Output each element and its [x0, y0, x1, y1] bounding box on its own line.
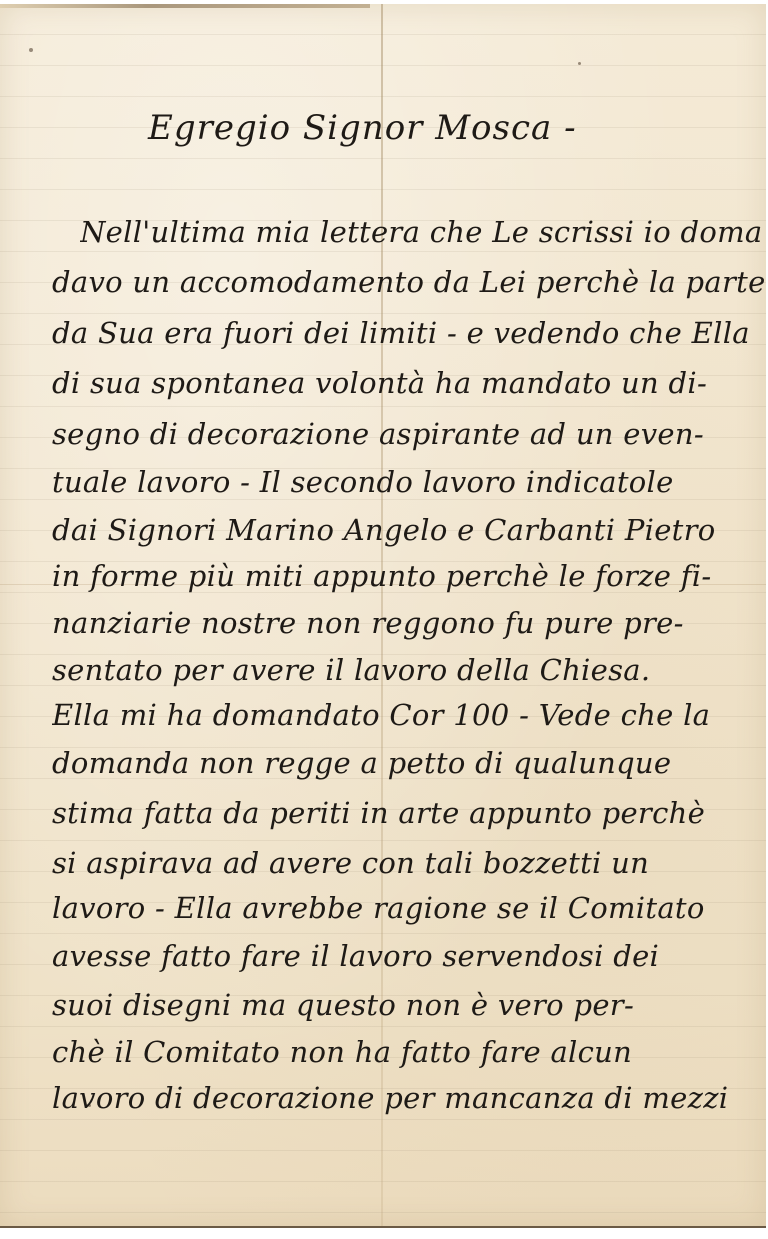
letter-line: si aspirava ad avere con tali bozzetti u…	[52, 843, 764, 883]
letter-line: sentato per avere il lavoro della Chiesa…	[52, 650, 764, 690]
letter-line: di sua spontanea volontà ha mandato un d…	[52, 363, 764, 403]
letter-line: Ella mi ha domandato Cor 100 - Vede che …	[52, 695, 764, 735]
torn-top-edge	[0, 4, 370, 8]
ink-spot	[29, 48, 33, 52]
letter-line: Nell'ultima mia lettera che Le scrissi i…	[80, 212, 764, 252]
ink-spot	[578, 62, 581, 65]
letter-line: chè il Comitato non ha fatto fare alcun	[52, 1032, 764, 1072]
letter-line: nanziarie nostre non reggono fu pure pre…	[52, 603, 764, 643]
letter-line: da Sua era fuori dei limiti - e vedendo …	[52, 313, 764, 353]
letter-line: lavoro - Ella avrebbe ragione se il Comi…	[52, 888, 764, 928]
letter-line: lavoro di decorazione per mancanza di me…	[52, 1078, 764, 1118]
letter-line: domanda non regge a petto di qualunque	[52, 743, 764, 783]
letter-line: tuale lavoro - Il secondo lavoro indicat…	[52, 462, 764, 502]
letter-line: dai Signori Marino Angelo e Carbanti Pie…	[52, 510, 764, 550]
letter-line: stima fatta da periti in arte appunto pe…	[52, 793, 764, 833]
letter-line: davo un accomodamento da Lei perchè la p…	[52, 262, 764, 302]
letter-line: avesse fatto fare il lavoro servendosi d…	[52, 936, 764, 976]
letter-line: in forme più miti appunto perchè le forz…	[52, 556, 764, 596]
letter-salutation: Egregio Signor Mosca -	[148, 108, 577, 148]
letter-line: segno di decorazione aspirante ad un eve…	[52, 414, 764, 454]
letter-line: suoi disegni ma questo non è vero per-	[52, 985, 764, 1025]
